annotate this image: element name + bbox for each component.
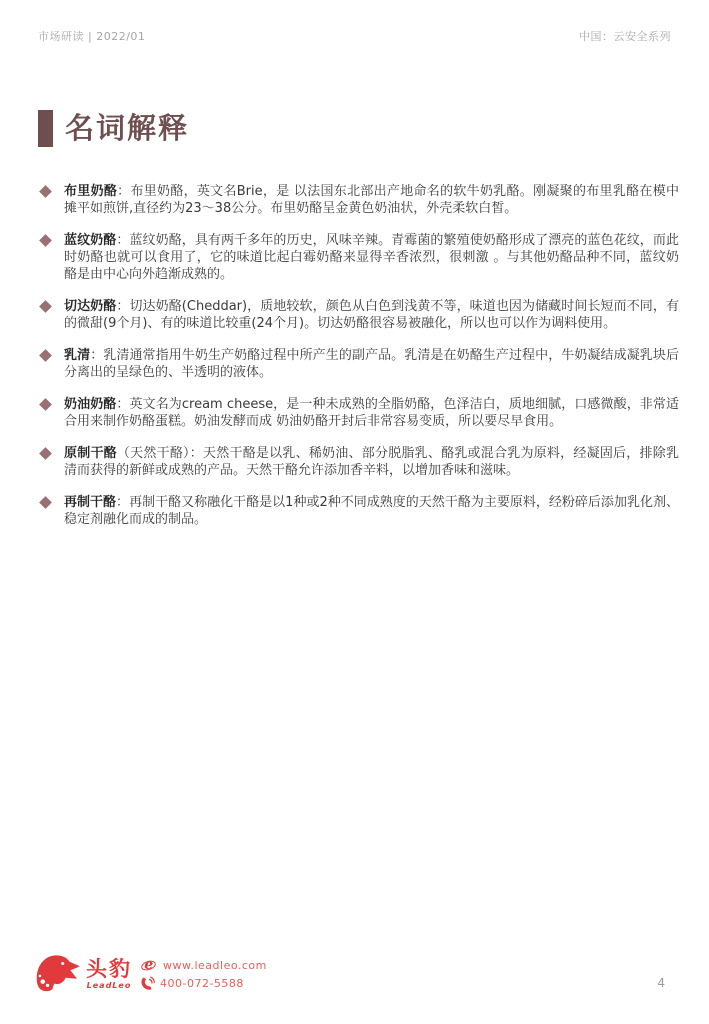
page-footer: 头豹 LeadLeo e www.leadleo.com 400-072-558… bbox=[34, 954, 267, 994]
list-item: 原制干酪（天然干酪）：天然干酪是以乳、稀奶油、部分脱脂乳、酪乳或混合乳为原料，经… bbox=[40, 445, 679, 479]
diamond-bullet-icon bbox=[39, 398, 52, 411]
brand-name: 头豹 bbox=[86, 958, 132, 980]
term-name: 布里奶酪 bbox=[64, 184, 117, 199]
report-page: 市场研读 | 2022/01 中国：云安全系列 名词解释 布里奶酪：布里奶酪，英… bbox=[0, 0, 709, 1024]
term-suffix: ： bbox=[117, 184, 130, 199]
glossary-list: 布里奶酪：布里奶酪，英文名Brie，是 以法国东北部出产地命名的软牛奶乳酪。刚凝… bbox=[40, 183, 679, 543]
diamond-bullet-icon bbox=[39, 234, 52, 247]
term-suffix: （天然干酪）： bbox=[117, 446, 203, 461]
page-title: 名词解释 bbox=[65, 110, 189, 147]
phone-row: 400-072-5588 bbox=[140, 976, 267, 991]
diamond-bullet-icon bbox=[39, 349, 52, 362]
list-item: 切达奶酪：切达奶酪(Cheddar)，质地较软，颜色从白色到浅黄不等，味道也因为… bbox=[40, 298, 679, 332]
header-right-label: 中国：云安全系列 bbox=[579, 28, 671, 44]
term-definition: 切达奶酪(Cheddar)，质地较软，颜色从白色到浅黄不等，味道也因为储藏时间长… bbox=[64, 299, 679, 331]
diamond-bullet-icon bbox=[39, 300, 52, 313]
brand-block: 头豹 LeadLeo bbox=[86, 958, 132, 990]
list-item: 蓝纹奶酪：蓝纹奶酪，具有两千多年的历史，风味辛辣。青霉菌的繁殖使奶酪形成了漂亮的… bbox=[40, 232, 679, 283]
list-item: 乳清：乳清通常指用牛奶生产奶酪过程中所产生的副产品。乳清是在奶酪生产过程中，牛奶… bbox=[40, 347, 679, 381]
term-suffix: ： bbox=[116, 495, 129, 510]
term-definition: 乳清通常指用牛奶生产奶酪过程中所产生的副产品。乳清是在奶酪生产过程中，牛奶凝结成… bbox=[64, 348, 679, 380]
term-definition: 布里奶酪，英文名Brie，是 以法国东北部出产地命名的软牛奶乳酪。刚凝聚的布里乳… bbox=[64, 184, 679, 216]
page-number: 4 bbox=[657, 976, 665, 990]
title-accent-bar bbox=[38, 110, 53, 147]
diamond-bullet-icon bbox=[39, 185, 52, 198]
term-name: 乳清 bbox=[64, 348, 90, 363]
diamond-bullet-icon bbox=[39, 447, 52, 460]
term-suffix: ： bbox=[116, 397, 129, 412]
term-suffix: ： bbox=[90, 348, 103, 363]
term-name: 蓝纹奶酪 bbox=[64, 233, 116, 248]
contact-block: e www.leadleo.com 400-072-5588 bbox=[140, 957, 267, 991]
globe-e-icon: e bbox=[140, 957, 158, 973]
term-name: 原制干酪 bbox=[64, 446, 117, 461]
term-name: 奶油奶酪 bbox=[64, 397, 116, 412]
term-definition: 英文名为cream cheese，是一种未成熟的全脂奶酪，色泽洁白，质地细腻，口… bbox=[64, 397, 679, 429]
term-suffix: ： bbox=[116, 299, 129, 314]
website-link[interactable]: www.leadleo.com bbox=[163, 959, 267, 972]
page-header: 市场研读 | 2022/01 中国：云安全系列 bbox=[38, 28, 671, 44]
diamond-bullet-icon bbox=[39, 496, 52, 509]
term-definition: 蓝纹奶酪，具有两千多年的历史，风味辛辣。青霉菌的繁殖使奶酪形成了漂亮的蓝色花纹，… bbox=[64, 233, 679, 282]
term-definition: 再制干酪又称融化干酪是以1种或2种不同成熟度的天然干酪为主要原料，经粉碎后添加乳… bbox=[64, 495, 679, 527]
term-name: 切达奶酪 bbox=[64, 299, 116, 314]
term-name: 再制干酪 bbox=[64, 495, 116, 510]
section-title: 名词解释 bbox=[38, 110, 189, 147]
header-left-label: 市场研读 | 2022/01 bbox=[38, 28, 145, 44]
leopard-logo-icon bbox=[34, 954, 82, 994]
brand-subname: LeadLeo bbox=[87, 981, 132, 990]
list-item: 奶油奶酪：英文名为cream cheese，是一种未成熟的全脂奶酪，色泽洁白，质… bbox=[40, 396, 679, 430]
list-item: 布里奶酪：布里奶酪，英文名Brie，是 以法国东北部出产地命名的软牛奶乳酪。刚凝… bbox=[40, 183, 679, 217]
list-item: 再制干酪：再制干酪又称融化干酪是以1种或2种不同成熟度的天然干酪为主要原料，经粉… bbox=[40, 494, 679, 528]
website-row: e www.leadleo.com bbox=[140, 957, 267, 973]
term-suffix: ： bbox=[116, 233, 129, 248]
phone-number: 400-072-5588 bbox=[160, 977, 244, 990]
phone-icon bbox=[140, 976, 155, 991]
